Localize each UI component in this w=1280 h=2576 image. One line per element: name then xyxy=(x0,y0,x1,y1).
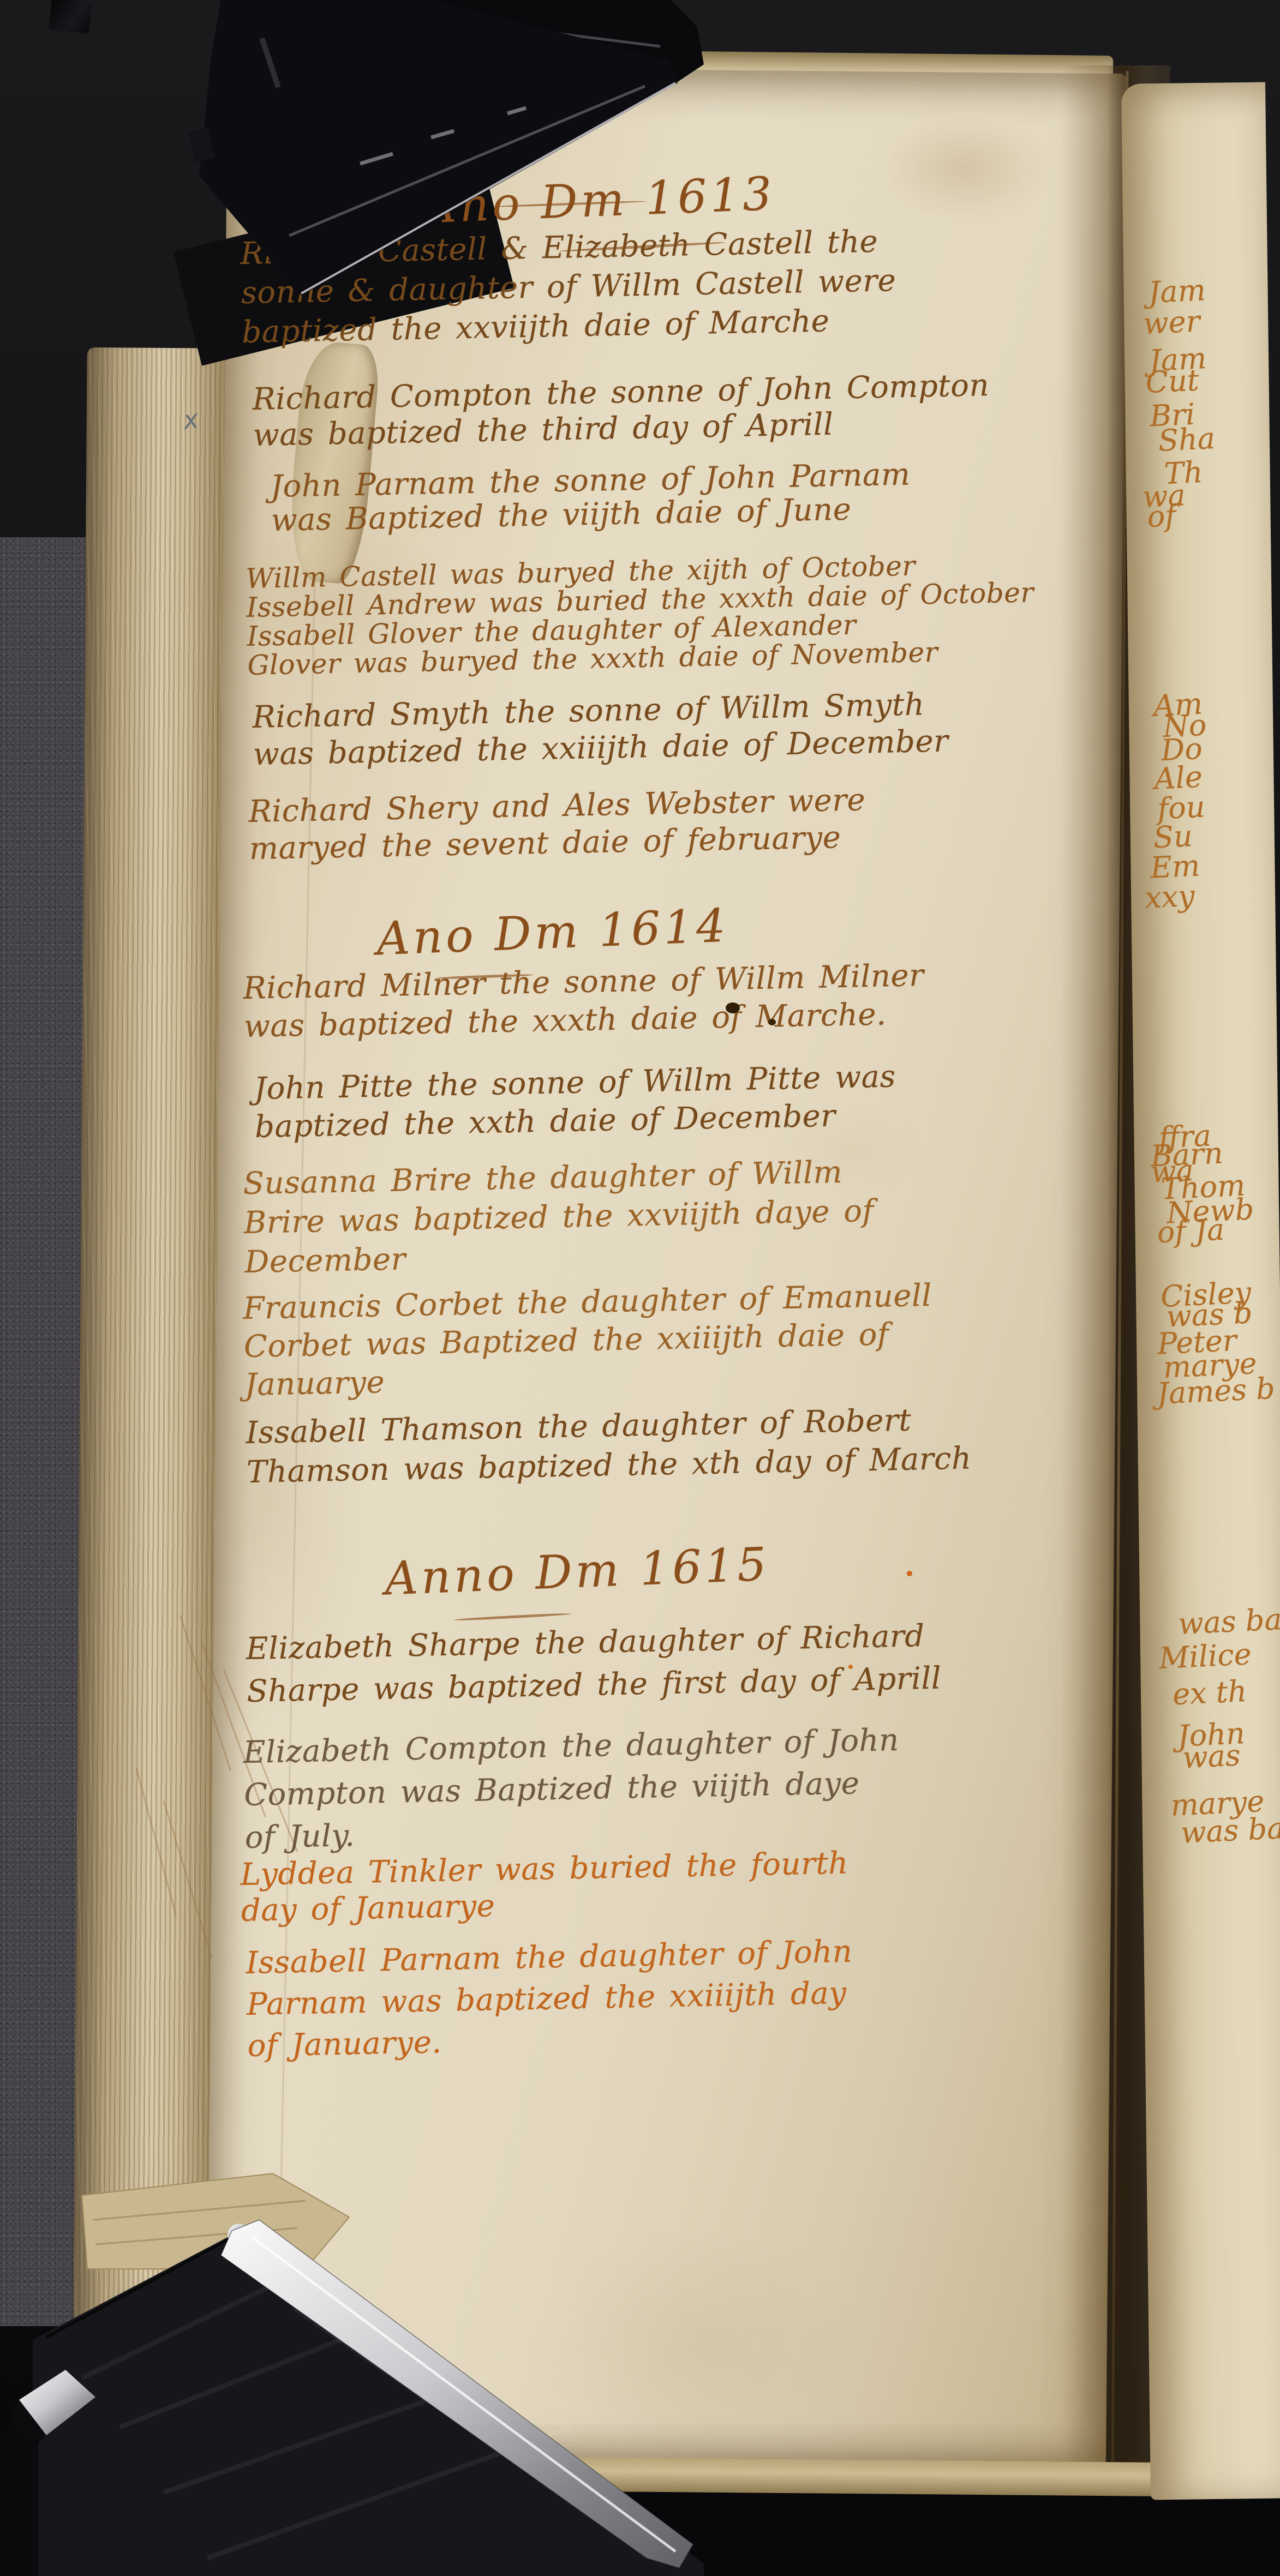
bottom-clip-group xyxy=(0,2143,726,2576)
register-entry: Richard Milner the sonne of Willm Milner… xyxy=(243,957,925,1046)
register-entry: Issabell Parnam the daughter of John Par… xyxy=(246,1931,854,2067)
right-page-fragment: xxy xyxy=(1144,879,1195,915)
right-page-fragment: of Ja xyxy=(1156,1212,1225,1250)
right-page-fragment: wer xyxy=(1143,304,1201,341)
right-page-fragment: Cut xyxy=(1145,363,1200,400)
register-entry: Elizabeth Sharpe the daughter of Richard… xyxy=(246,1615,942,1713)
register-entry: Willm Castell was buryed the xijth of Oc… xyxy=(246,549,1035,680)
register-entry: Lyddea Tinkler was buried the fourth day… xyxy=(240,1846,850,1929)
register-entry: Richard Smyth the sonne of Willm Smyth w… xyxy=(252,686,949,773)
right-page-fragment: ex th xyxy=(1172,1674,1248,1712)
ink-blot xyxy=(768,1019,776,1025)
right-page-fragment: was ba xyxy=(1180,1811,1280,1850)
register-entry: John Pitte the sonne of Willm Pitte was … xyxy=(254,1058,897,1146)
register-entry: Susanna Brire the daughter of Willm Brir… xyxy=(243,1152,875,1282)
right-page-fragment: of xyxy=(1146,499,1176,534)
right-page-fragment: Sha xyxy=(1157,421,1216,458)
right-page-fragment: was ba xyxy=(1177,1602,1280,1641)
register-entry: Richard Compton the sonne of John Compto… xyxy=(252,368,990,454)
register-entry: Elizabeth Compton the daughter of John C… xyxy=(243,1719,901,1859)
ink-blot xyxy=(726,1002,740,1013)
right-page-fragment: was xyxy=(1182,1738,1241,1775)
background-clip-fragment xyxy=(49,0,92,34)
manuscript-photo: Ano Dm 1613 Richard Castell & Elizabeth … xyxy=(0,0,1280,2576)
top-binder-clip xyxy=(125,0,704,305)
register-entry: Frauncis Corbet the daughter of Emanuell… xyxy=(243,1277,934,1404)
right-page-fragment: James b xyxy=(1156,1371,1276,1411)
register-entry: Issabell Thamson the daughter of Robert … xyxy=(246,1400,972,1492)
right-page-fragment: Milice xyxy=(1158,1637,1252,1676)
register-entry: Richard Shery and Ales Webster were mary… xyxy=(248,782,866,868)
register-entry: John Parnam the sonne of John Parnam was… xyxy=(270,458,911,537)
orange-speck xyxy=(907,1571,912,1576)
